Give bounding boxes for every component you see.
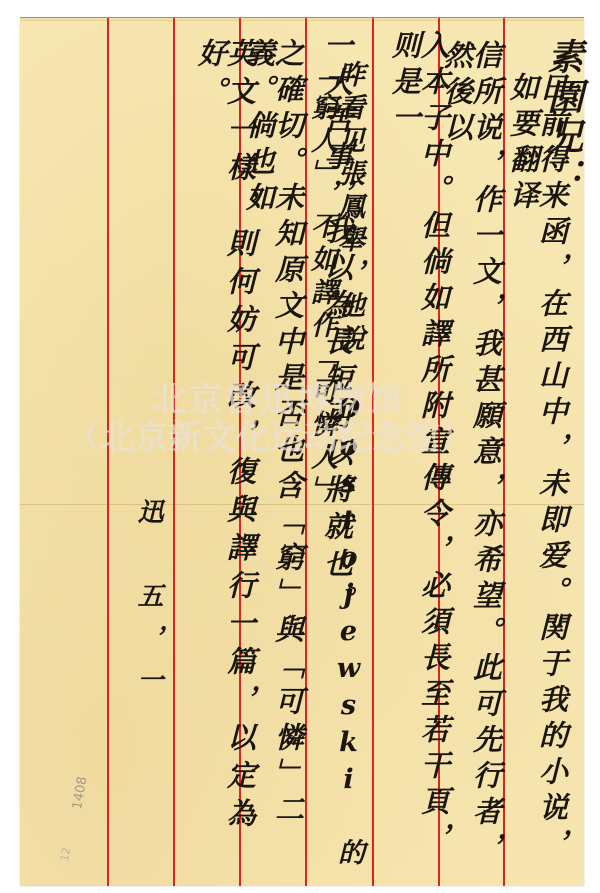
letter-column-3: 入本子中。但倘如譯所附宣傳令，必須長至若干頁，则是一 — [390, 30, 448, 893]
red-rule-line — [372, 18, 374, 886]
letter-column-1: 日前得来函，在西山中，未即爱。関于我的小说，如要翻译 — [508, 72, 566, 893]
pencil-faint-mark: 12 — [58, 846, 73, 862]
red-rule-line — [107, 18, 109, 886]
letter-column-5: 昨看见張鳳舉，他說 Dostojewski 的「窮人」，不如譯作「可憐人」 — [308, 60, 362, 893]
letter-signature-date: 迅 五，一 — [135, 498, 161, 708]
red-rule-line — [503, 18, 505, 886]
letter-column-7: 英文一樣，則何妨可改，復與譯行一篇，以定為好。 — [196, 38, 254, 893]
red-rule-line — [173, 18, 175, 886]
